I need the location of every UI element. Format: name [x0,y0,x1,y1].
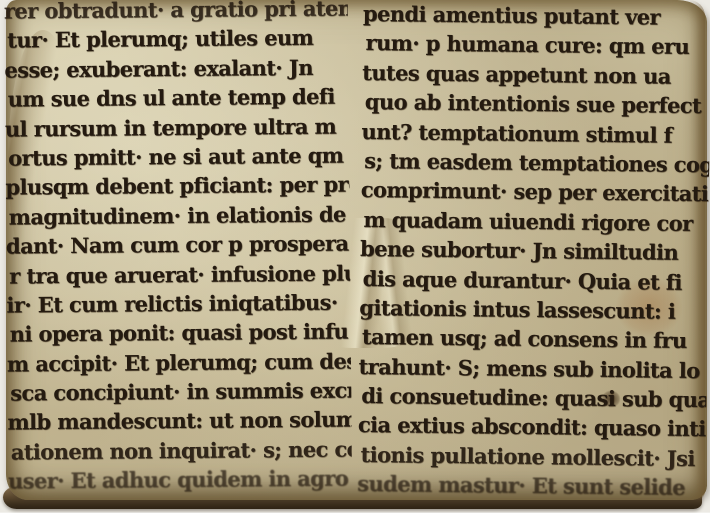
manuscript-line: rum· p humana cure: qm eru [362,28,710,62]
manuscript-line: sca concipiunt· in summis excre [7,376,351,408]
manuscript-line: tutes quas appetunt non ua [362,58,710,92]
manuscript-line: pendi amentius putant ver [363,0,710,33]
manuscript-line: tionis pullatione mollescit· Jsi [357,440,705,474]
manuscript-line: bene subortur· Jn similtudin [360,234,708,268]
manuscript-line: sudem mastur· Et sunt selide [357,469,705,503]
manuscript-line: dis aque durantur· Quia et fi [360,263,708,297]
manuscript-line: trahunt· S; mens sub inolita lo [358,352,706,386]
manuscript-line: tamen usq; ad consens in fru [359,322,707,356]
manuscript-line: unt? temptationum stimul f [361,116,709,150]
manuscript-line: r tra que aruerat· infusione plu [6,258,350,290]
manuscript-line: di consuetudine: quasi sub qua [358,381,706,415]
text-column-left: rer obtradunt· a gratio pri aten tur· Et… [4,0,352,508]
manuscript-photo: rer obtradunt· a gratio pri aten tur· Et… [0,0,710,512]
manuscript-line: m quadam uiuendi rigore cor [360,205,708,239]
manuscript-line: s; tm easdem temptationes cogi [361,146,709,180]
manuscript-line: ortus pmitt· ne si aut ante qm de [5,140,349,172]
manuscript-line: m accipit· Et plerumq; cum desi [7,346,351,378]
manuscript-line: rer obtradunt· a gratio pri aten [4,0,348,26]
manuscript-line: user· Et adhuc quidem in agro [8,464,352,496]
manuscript-line: comprimunt· sep per exercitati [361,175,709,209]
manuscript-line: gitationis intus lassescunt: i [359,293,707,327]
manuscript-line: um sue dns ul ante temp defi [5,82,349,114]
manuscript-line: esse; exuberant: exalant· Jn [4,52,348,84]
manuscript-line: quo ab intentionis sue perfect [362,87,710,121]
manuscript-line: tur· Et plerumq; utiles eum [4,23,348,55]
text-column-right: pendi amentius putant ver rum· p humana … [357,0,710,512]
manuscript-line: ni opera ponit: quasi post infu [7,317,351,349]
manuscript-line: mlb mandescunt: ut non solum [7,405,351,437]
manuscript-line: magnitudinem· in elationis de [6,199,350,231]
manuscript-line: plusqm debent pficiant: per pro [5,170,349,202]
manuscript-line: cia extius abscondit: quaso inti [358,410,706,444]
manuscript-line: ir· Et cum relictis iniqtatibus· [6,287,350,319]
manuscript-line: ationem non inquirat· s; nec cogi [8,434,352,466]
manuscript-line: dant· Nam cum cor p prospera co [6,229,350,261]
manuscript-line: ul rursum in tempore ultra m [5,111,349,143]
